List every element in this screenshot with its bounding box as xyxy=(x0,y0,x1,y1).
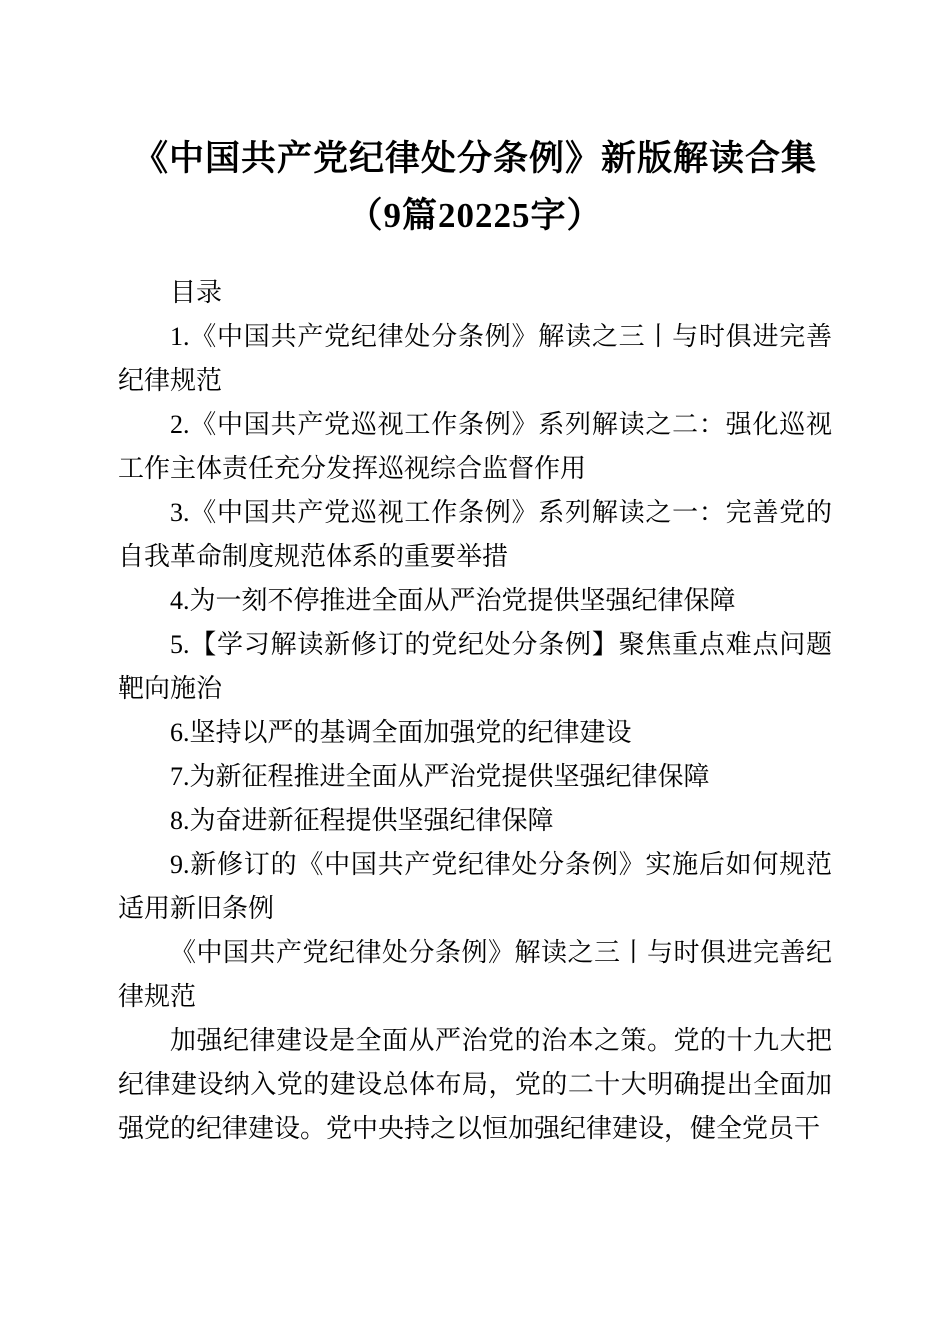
body-paragraph: 加强纪律建设是全面从严治党的治本之策。党的十九大把纪律建设纳入党的建设总体布局，… xyxy=(118,1019,832,1151)
toc-item-5: 5.【学习解读新修订的党纪处分条例】聚焦重点难点问题靶向施治 xyxy=(118,623,832,711)
toc-heading: 目录 xyxy=(118,271,832,315)
toc-item-1: 1.《中国共产党纪律处分条例》解读之三丨与时俱进完善纪律规范 xyxy=(118,315,832,403)
section-heading: 《中国共产党纪律处分条例》解读之三丨与时俱进完善纪律规范 xyxy=(118,931,832,1019)
toc-item-3: 3.《中国共产党巡视工作条例》系列解读之一：完善党的自我革命制度规范体系的重要举… xyxy=(118,491,832,579)
toc-item-6: 6.坚持以严的基调全面加强党的纪律建设 xyxy=(118,711,832,755)
toc-item-8: 8.为奋进新征程提供坚强纪律保障 xyxy=(118,799,832,843)
document-title-line1: 《中国共产党纪律处分条例》新版解读合集 xyxy=(0,130,950,187)
toc-item-2: 2.《中国共产党巡视工作条例》系列解读之二：强化巡视工作主体责任充分发挥巡视综合… xyxy=(118,403,832,491)
toc-item-9: 9.新修订的《中国共产党纪律处分条例》实施后如何规范适用新旧条例 xyxy=(118,843,832,931)
document-title: 《中国共产党纪律处分条例》新版解读合集 （9篇20225字） xyxy=(0,130,950,244)
toc-item-7: 7.为新征程推进全面从严治党提供坚强纪律保障 xyxy=(118,755,832,799)
document-title-line2: （9篇20225字） xyxy=(0,187,950,244)
document-content: 目录 1.《中国共产党纪律处分条例》解读之三丨与时俱进完善纪律规范 2.《中国共… xyxy=(118,271,832,1151)
toc-item-4: 4.为一刻不停推进全面从严治党提供坚强纪律保障 xyxy=(118,579,832,623)
document-page: 《中国共产党纪律处分条例》新版解读合集 （9篇20225字） 目录 1.《中国共… xyxy=(0,0,950,1344)
